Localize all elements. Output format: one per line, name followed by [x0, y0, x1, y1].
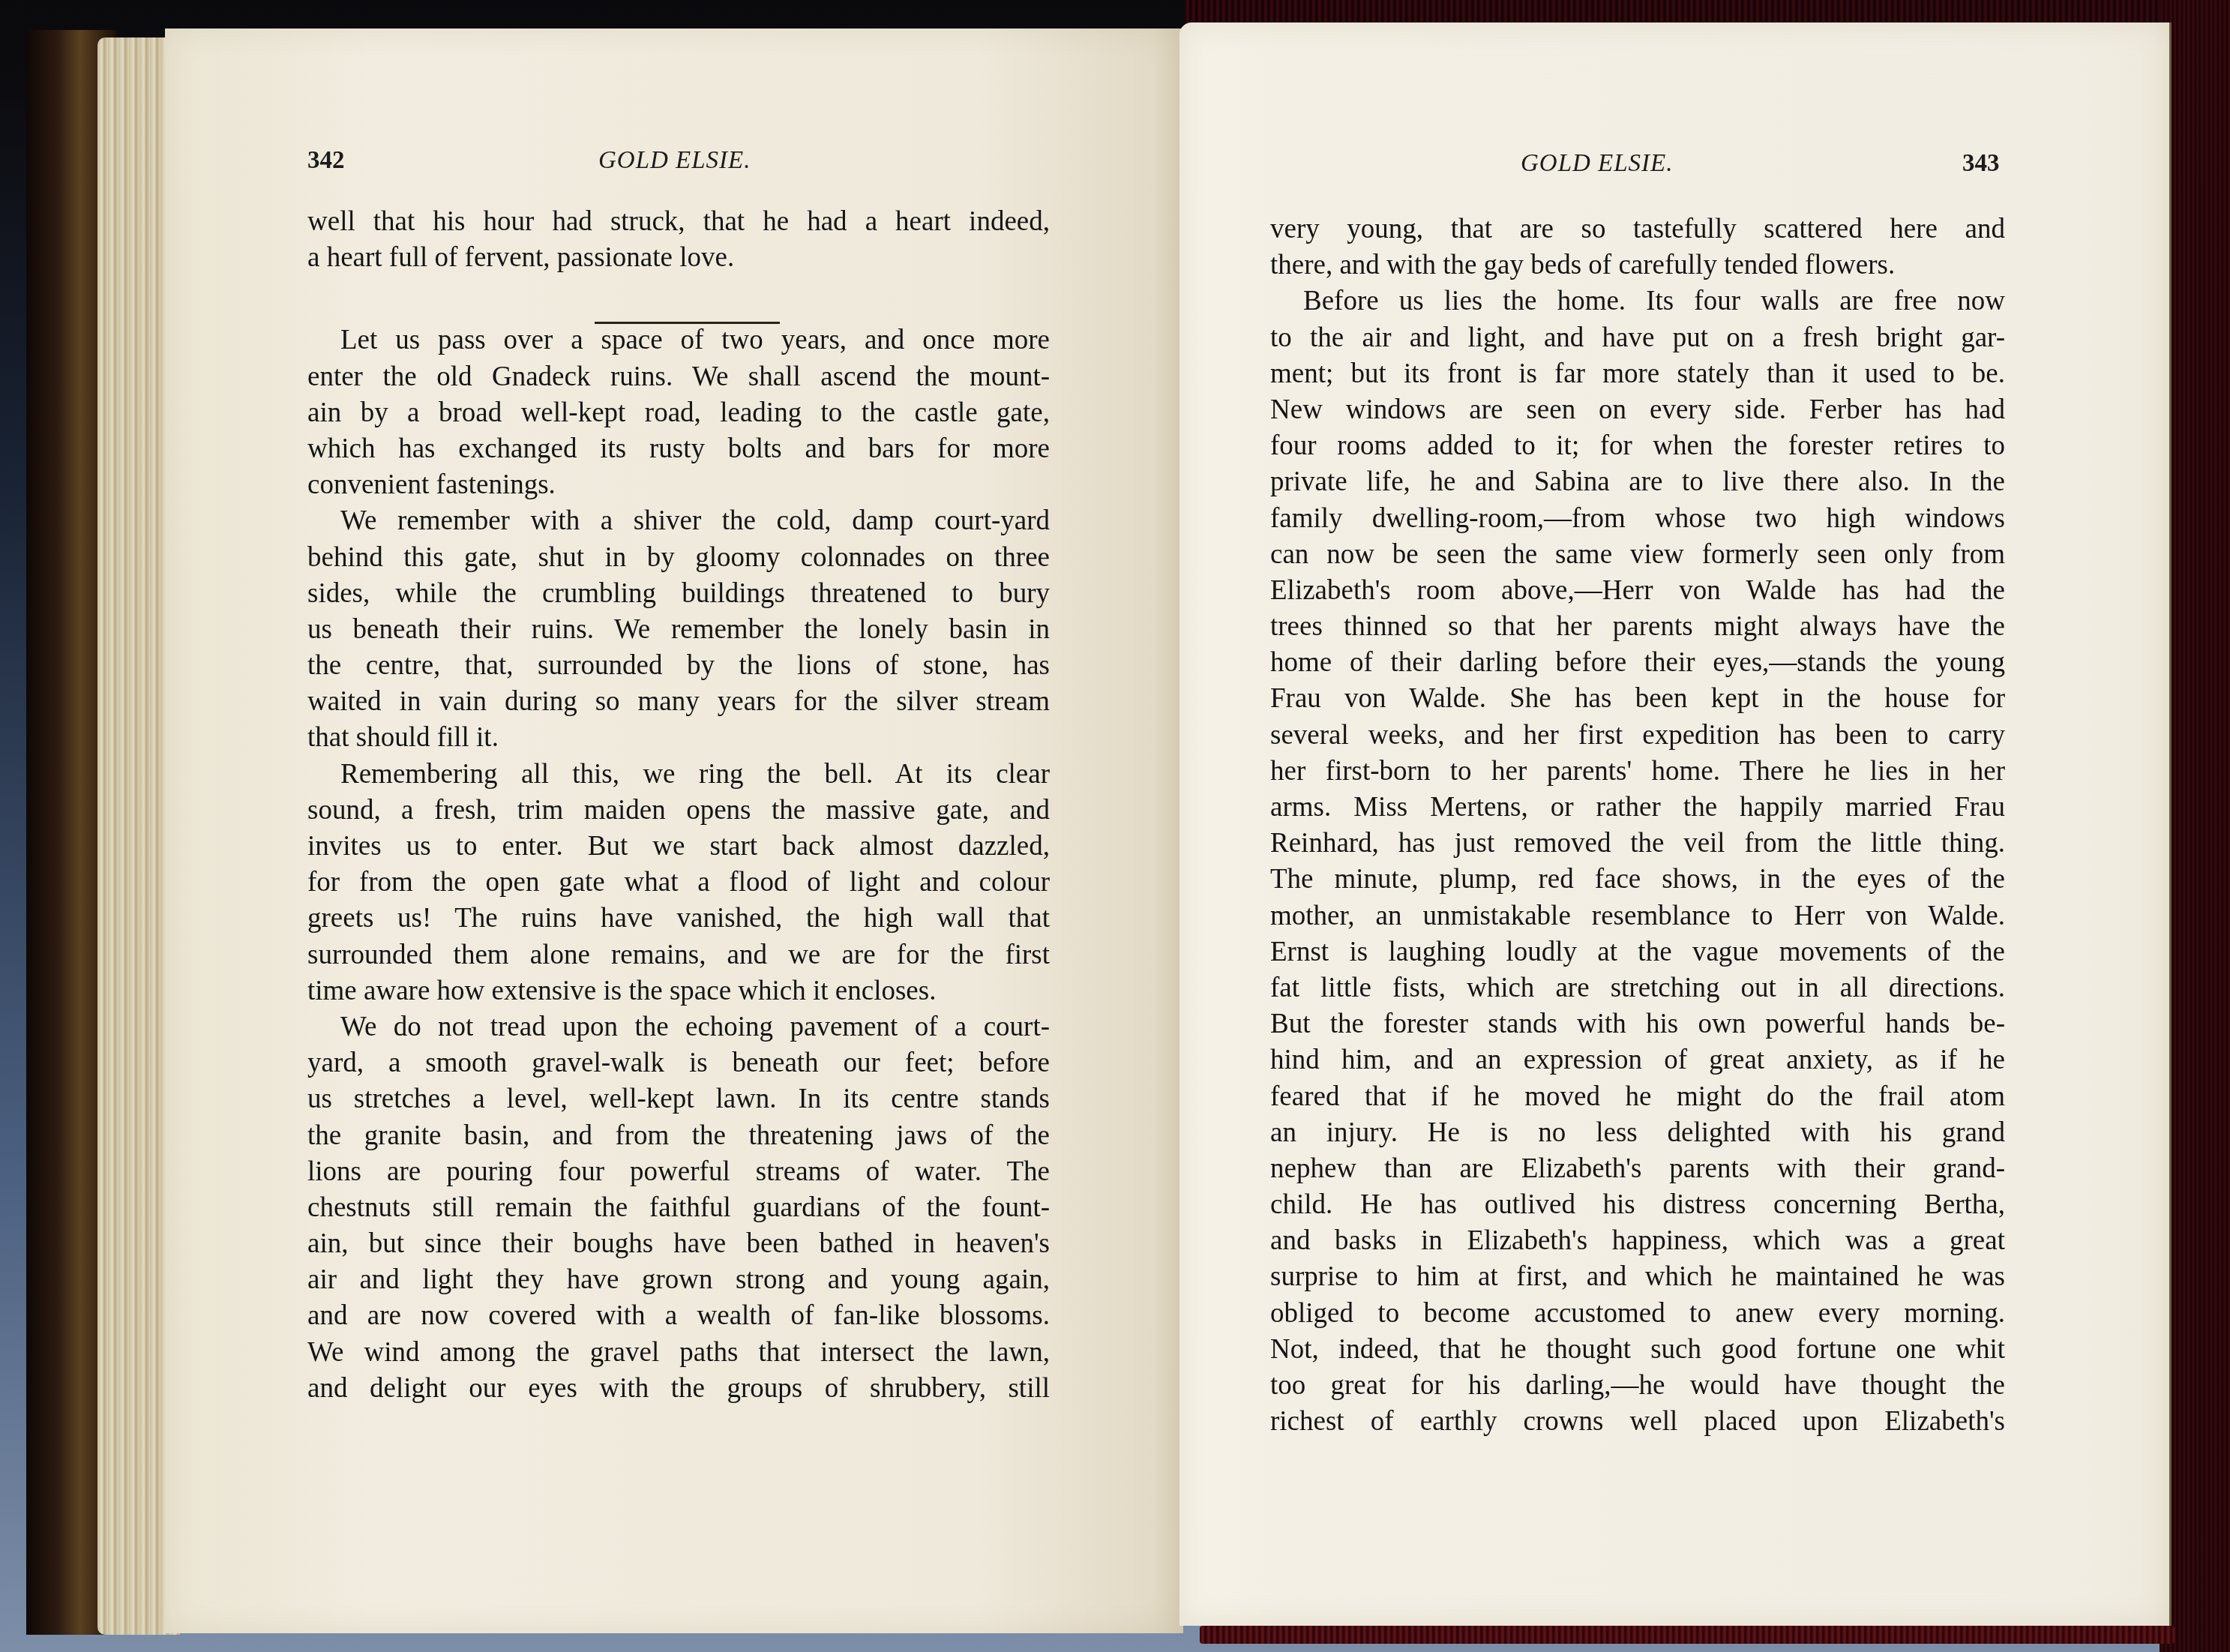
text-line: richest of earthly crowns well placed up… [1270, 1404, 2005, 1440]
text-line: But the forester stands with his own pow… [1270, 1006, 2005, 1042]
text-line: to the air and light, and have put on a … [1270, 320, 2005, 356]
text-line: Reinhard, has just removed the veil from… [1270, 826, 2005, 862]
text-line: private life, he and Sabina are to live … [1270, 464, 2005, 500]
text-line: arms. Miss Mertens, or rather the happil… [1270, 790, 2005, 826]
section-break-gap [307, 276, 1050, 322]
text-line: Elizabeth's room above,—Herr von Walde h… [1270, 573, 2005, 609]
text-line: chestnuts still remain the faithful guar… [307, 1190, 1050, 1226]
text-line: surprise to him at first, and which he m… [1270, 1259, 2005, 1295]
text-line: hind him, and an expression of great anx… [1270, 1042, 2005, 1078]
text-line: air and light they have grown strong and… [307, 1262, 1050, 1298]
text-line: invites us to enter. But we start back a… [307, 829, 1050, 865]
text-line: yard, a smooth gravel-walk is beneath ou… [307, 1045, 1050, 1081]
text-line: very young, that are so tastefully scatt… [1270, 211, 2005, 247]
book-cover-bottom [1200, 1626, 2175, 1644]
text-line: ain, but since their boughs have been ba… [307, 1226, 1050, 1262]
text-line: too great for his darling,—he would have… [1270, 1368, 2005, 1404]
text-line: mother, an unmistakable resemblance to H… [1270, 898, 2005, 934]
text-line: feared that if he moved he might do the … [1270, 1079, 2005, 1115]
text-line: home of their darling before their eyes,… [1270, 645, 2005, 681]
text-line: ment; but its front is far more stately … [1270, 356, 2005, 392]
text-line: Remembering all this, we ring the bell. … [307, 757, 1050, 793]
text-line: us stretches a level, well-kept lawn. In… [307, 1081, 1050, 1117]
text-line: New windows are seen on every side. Ferb… [1270, 392, 2005, 428]
text-line: surrounded them alone remains, and we ar… [307, 937, 1050, 973]
right-running-title: GOLD ELSIE. [1521, 150, 1674, 178]
text-line: family dwelling-room,—from whose two hig… [1270, 501, 2005, 537]
text-line: for from the open gate what a flood of l… [307, 865, 1050, 901]
text-line: behind this gate, shut in by gloomy colo… [307, 540, 1050, 576]
text-line: fat little fists, which are stretching o… [1270, 970, 2005, 1006]
text-line: sides, while the crumbling buildings thr… [307, 576, 1050, 612]
text-line: The minute, plump, red face shows, in th… [1270, 862, 2005, 898]
text-line: four rooms added to it; for when the for… [1270, 428, 2005, 464]
right-page-number: 343 [1962, 150, 2000, 178]
text-line: ain by a broad well-kept road, leading t… [307, 395, 1050, 431]
text-line: nephew than are Elizabeth's parents with… [1270, 1151, 2005, 1187]
text-line: Not, indeed, that he thought such good f… [1270, 1332, 2005, 1368]
text-line: the centre, that, surrounded by the lion… [307, 648, 1050, 684]
left-running-title: GOLD ELSIE. [598, 147, 751, 175]
text-line: several weeks, and her first expedition … [1270, 718, 2005, 754]
text-line: We remember with a shiver the cold, damp… [307, 503, 1050, 539]
text-line: Ernst is laughing loudly at the vague mo… [1270, 934, 2005, 970]
text-line: We do not tread upon the echoing pavemen… [307, 1009, 1050, 1045]
left-page-body: well that his hour had struck, that he h… [307, 204, 1050, 1407]
text-line: us beneath their ruins. We remember the … [307, 612, 1050, 648]
text-line: We wind among the gravel paths that inte… [307, 1335, 1050, 1371]
section-separator-rule [595, 322, 780, 324]
text-line: child. He has outlived his distress conc… [1270, 1187, 2005, 1223]
text-line: the granite basin, and from the threaten… [307, 1118, 1050, 1154]
text-line: sound, a fresh, trim maiden opens the ma… [307, 793, 1050, 829]
text-line: convenient fastenings. [307, 467, 1050, 503]
text-line: well that his hour had struck, that he h… [307, 204, 1050, 240]
text-line: trees thinned so that her parents might … [1270, 609, 2005, 645]
text-line: and basks in Elizabeth's happiness, whic… [1270, 1223, 2005, 1259]
text-line: greets us! The ruins have vanished, the … [307, 901, 1050, 937]
text-line: Let us pass over a space of two years, a… [307, 322, 1050, 358]
text-line: obliged to become accustomed to anew eve… [1270, 1296, 2005, 1332]
text-line: there, and with the gay beds of carefull… [1270, 247, 2005, 283]
text-line: can now be seen the same view formerly s… [1270, 537, 2005, 573]
text-line: lions are pouring four powerful streams … [307, 1154, 1050, 1190]
left-page-number: 342 [307, 147, 345, 175]
text-line: Before us lies the home. Its four walls … [1270, 283, 2005, 319]
text-line: waited in vain during so many years for … [307, 684, 1050, 720]
text-line: time aware how extensive is the space wh… [307, 973, 1050, 1009]
text-line: and are now covered with a wealth of fan… [307, 1298, 1050, 1334]
right-page-body: very young, that are so tastefully scatt… [1270, 211, 2005, 1440]
text-line: and delight our eyes with the groups of … [307, 1371, 1050, 1407]
text-line: an injury. He is no less delighted with … [1270, 1115, 2005, 1151]
text-line: her first-born to her parents' home. The… [1270, 754, 2005, 790]
text-line: a heart full of fervent, passionate love… [307, 240, 1050, 276]
text-line: enter the old Gnadeck ruins. We shall as… [307, 359, 1050, 395]
text-line: which has exchanged its rusty bolts and … [307, 431, 1050, 467]
text-line: that should fill it. [307, 720, 1050, 756]
text-line: Frau von Walde. She has been kept in the… [1270, 681, 2005, 717]
